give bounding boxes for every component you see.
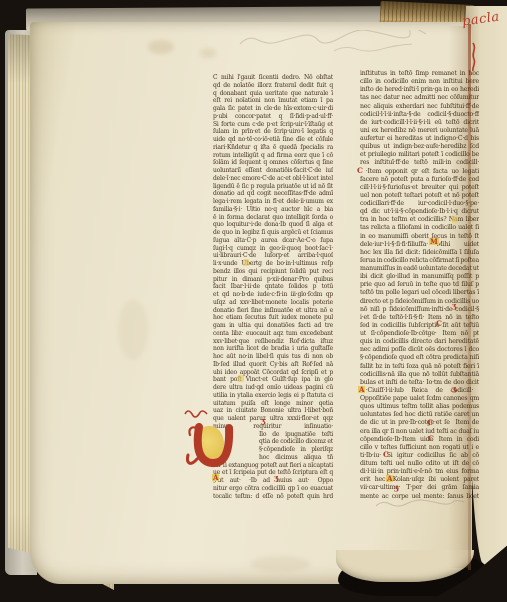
rubric-mark: C — [428, 435, 434, 443]
highlighted-capital: M — [429, 238, 439, 245]
book-photo: C mihi l'gauit ſicentii dedro. Nō obſtat… — [0, 0, 507, 602]
rubric-mark: ʒ — [394, 484, 398, 492]
rubric-mark: C — [427, 419, 433, 427]
rubric-mark: ʒ — [261, 417, 265, 425]
yellow-wash — [243, 259, 249, 266]
rubric-mark: ʒ — [452, 302, 456, 310]
faint-handwriting-bottom — [374, 498, 466, 514]
highlighted-capital: A — [358, 386, 365, 393]
rubric-mark: ʒ — [274, 474, 278, 482]
yellow-wash — [452, 216, 458, 223]
rubric-mark: C — [383, 451, 389, 459]
highlighted-capital: A — [212, 474, 219, 481]
highlighted-capital: A — [386, 475, 393, 482]
inscription-flourish — [468, 42, 480, 72]
rubric-mark: ʒ — [452, 385, 456, 393]
rubric-mark: C — [436, 320, 442, 328]
yellow-wash — [238, 375, 244, 382]
rubric-mark: C — [357, 167, 363, 175]
